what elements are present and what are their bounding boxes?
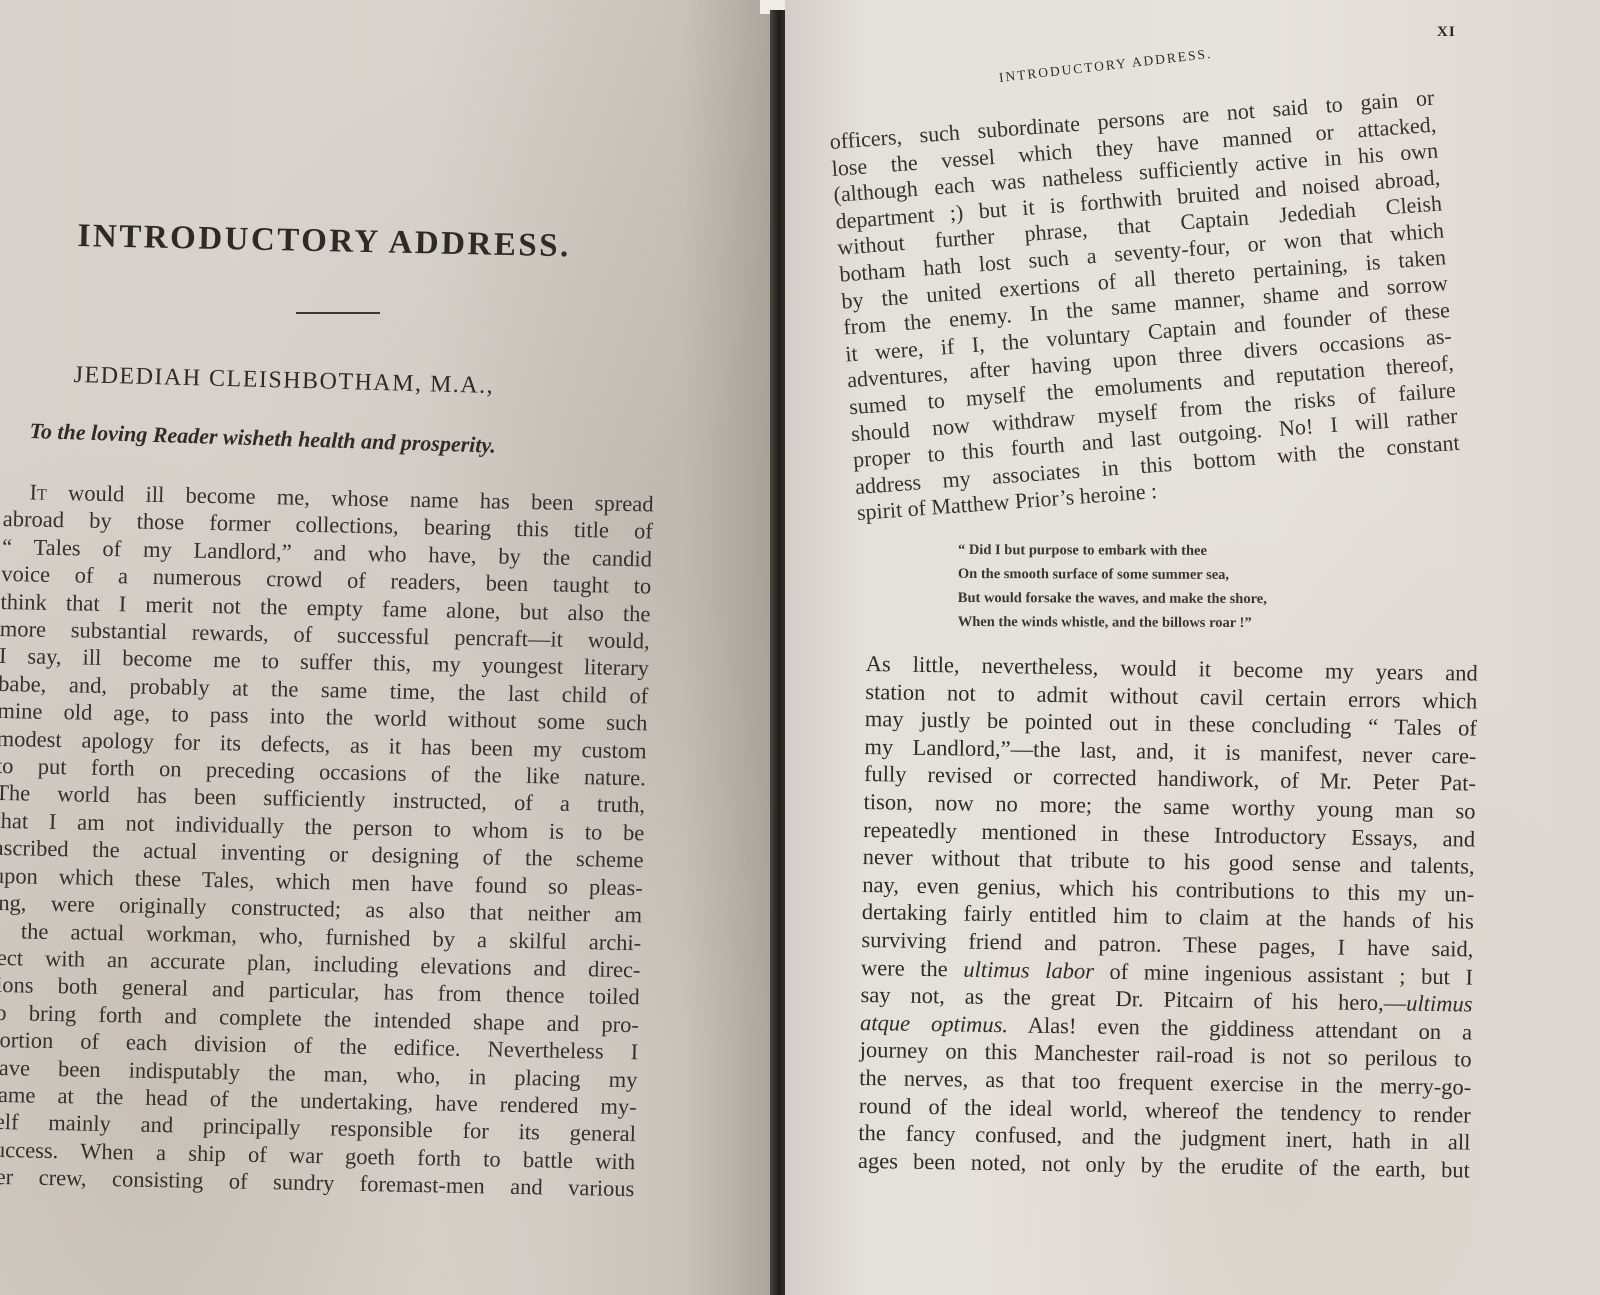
left-page: INTRODUCTORY ADDRESS. JEDEDIAH CLEISHBOT… [0,0,775,1295]
verse-line: “ Did I but purpose to embark with thee [958,538,1378,563]
chapter-title: INTRODUCTORY ADDRESS. [77,218,638,267]
latin-phrase: atque optimus. [860,1010,1008,1037]
verse-line: But would forsake the waves, and make th… [958,586,1378,611]
book-spread: INTRODUCTORY ADDRESS. JEDEDIAH CLEISHBOT… [0,0,1600,1295]
title-divider [296,312,380,314]
latin-phrase: ultimus [1406,991,1473,1017]
page-number: XI [1437,24,1456,41]
latin-phrase: ultimus labor [963,956,1094,983]
right-body-text-bottom: As little, nevertheless, would it become… [858,650,1478,1184]
author-line: JEDEDIAH CLEISHBOTHAM, M.A., [73,362,634,404]
verse-line: On the smooth surface of some summer sea… [958,562,1378,587]
salutation-line: To the loving Reader wisheth health and … [29,418,650,463]
drop-word: It [29,479,47,504]
left-body-text: It would ill become me, whose name has b… [0,478,654,1203]
right-body-text-top: officers, such subordinate persons are n… [829,85,1463,527]
verse-line: When the winds whistle, and the billows … [958,610,1378,635]
verse-quotation: “ Did I but purpose to embark with thee … [958,538,1378,635]
